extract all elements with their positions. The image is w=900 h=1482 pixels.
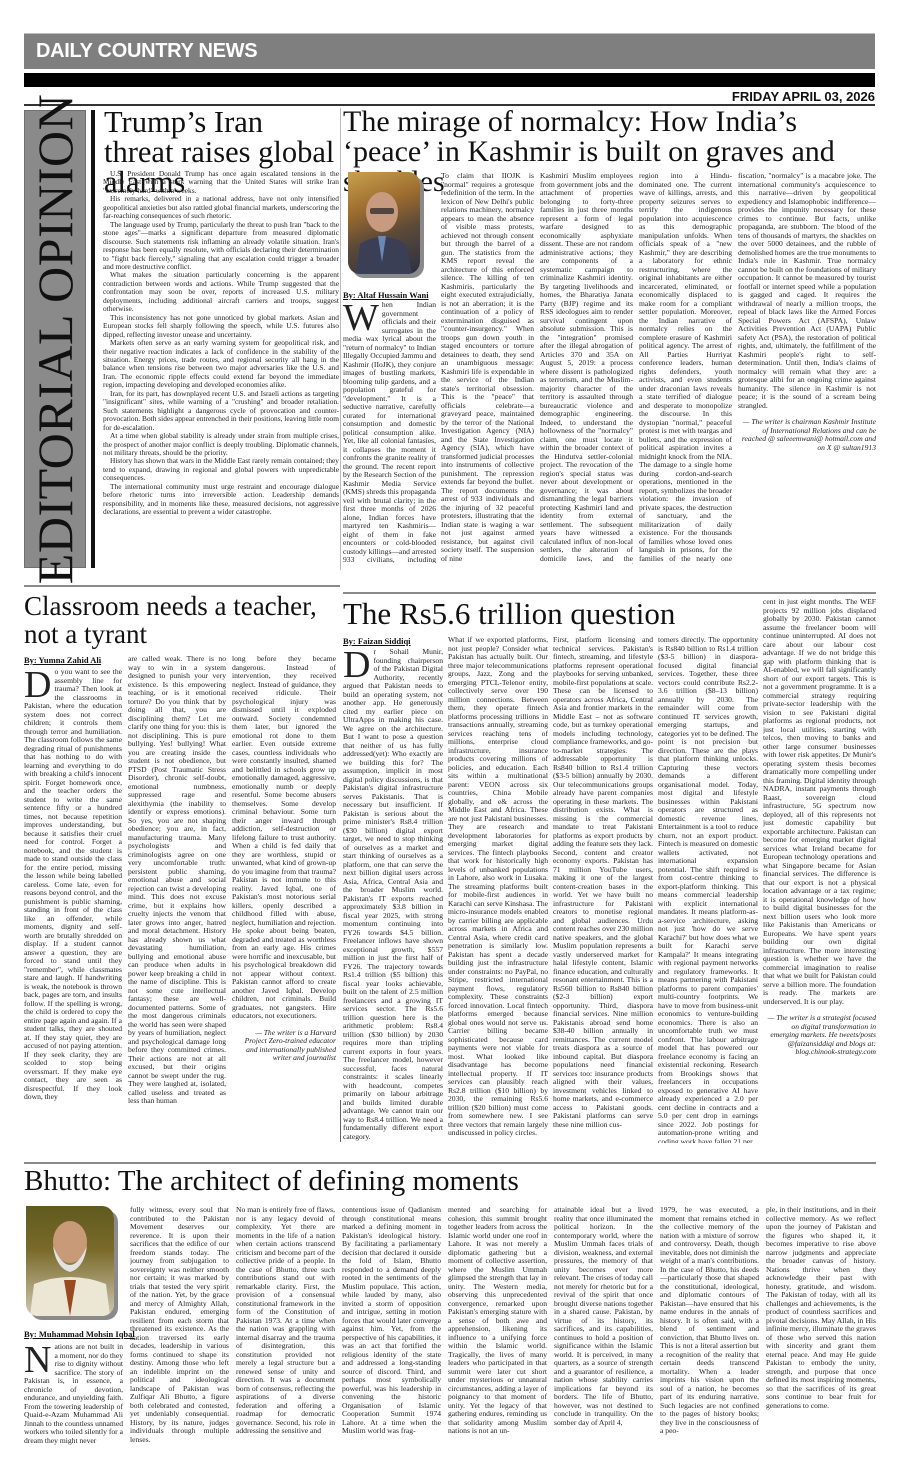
trillion-headline: The Rs5.6 trillion question [343, 598, 783, 630]
section-divider [24, 585, 340, 587]
bhutto-column-3: No man is entirely free of flaws, nor is… [236, 1206, 335, 1473]
masthead-banner: DAILY COUNTRY NEWS [24, 33, 875, 69]
kashmir-column-1: When Indian government officials and the… [343, 301, 436, 563]
column-divider [340, 1100, 341, 1142]
editorial-vertical-bar [91, 110, 95, 568]
trillion-column-1: Dr Sohail Munir, founding chairperson of… [343, 648, 443, 1143]
dropcap: D [343, 650, 370, 680]
bhutto-byline: By: Muhammad Mohsin Iqbal [24, 1329, 135, 1339]
masthead-black-bar [24, 73, 875, 87]
kashmir-column-4: region into a Hindu-dominated one. The c… [639, 172, 732, 564]
dropcap: D [24, 670, 51, 700]
trillion-column-4: tomers directly. The opportunity is Rs84… [658, 636, 758, 1143]
classroom-column-1: Do you want to see the assembly line for… [24, 668, 122, 1138]
kashmir-column-5: fiscation, "normalcy" is a macabre joke.… [738, 172, 876, 564]
classroom-byline: By: Yumna Zahid Ali [24, 655, 101, 665]
issue-date: FRIDAY APRIL 03, 2026 [732, 89, 875, 104]
trillion-column-5: cent in just eight months. The WEF proje… [763, 598, 876, 1143]
trillion-author-bio: — The writer is a strategist focused on … [763, 1014, 876, 1057]
bhutto-column-5: mented and searching for cohesion, this … [448, 1206, 547, 1473]
bhutto-headline: Bhutto: The architect of defining moment… [24, 1166, 624, 1196]
classroom-headline: Classroom needs a teacher, not a tyrant [24, 592, 340, 648]
newspaper-title: DAILY COUNTRY NEWS [36, 40, 257, 63]
portrait-icon [348, 172, 420, 274]
section-divider [24, 1162, 876, 1164]
trillion-byline: By: Faizan Siddiqi [343, 636, 411, 646]
kashmir-column-3: Kashmiri Muslim employees from governmen… [540, 172, 633, 564]
classroom-column-3: long before they became dangerous. Inste… [232, 655, 336, 1138]
bhutto-column-8: ple, in their institutions, and in their… [766, 1206, 876, 1473]
section-tab-editorial-opinion: EDITORIAL OPINION [24, 110, 86, 568]
author-photo-muhammad-mohsin-iqbal [26, 1206, 114, 1316]
kashmir-column-2: To claim that IIOJK is "normal" requires… [441, 172, 534, 564]
portrait-icon [26, 1206, 114, 1316]
section-divider [343, 592, 876, 594]
trillion-column-2: What if we exported platforms, not just … [448, 636, 548, 1143]
dropcap: N [24, 1345, 51, 1375]
kashmir-byline: By: Altaf Hussain Wani [343, 290, 429, 300]
bhutto-column-2: fully witness, every soul that contribut… [130, 1206, 229, 1473]
bhutto-column-7: 1979, he was executed, a moment that rem… [660, 1206, 759, 1473]
trillion-column-3: First, platform licensing and technical … [553, 636, 653, 1143]
dropcap: W [343, 303, 379, 333]
bhutto-column-6: attainable ideal but a lived reality tha… [554, 1206, 653, 1473]
bhutto-column-1: Nations are not built in a moment, nor d… [24, 1343, 123, 1473]
editorial-body: U.S. President Donald Trump has once aga… [103, 170, 339, 568]
classroom-column-2: are called weak. There is no way to win … [128, 655, 226, 1138]
classroom-author-bio: — The writer is a Harvard Project Zero-t… [232, 1029, 336, 1063]
column-divider [340, 108, 341, 570]
section-tab-label: EDITORIAL OPINION [26, 94, 84, 584]
kashmir-author-bio: — The writer is chairman Kashmir Institu… [738, 418, 876, 452]
bhutto-column-4: contentious issue of Qadianism through c… [342, 1206, 441, 1473]
author-photo-altaf-hussain-wani [348, 172, 420, 274]
